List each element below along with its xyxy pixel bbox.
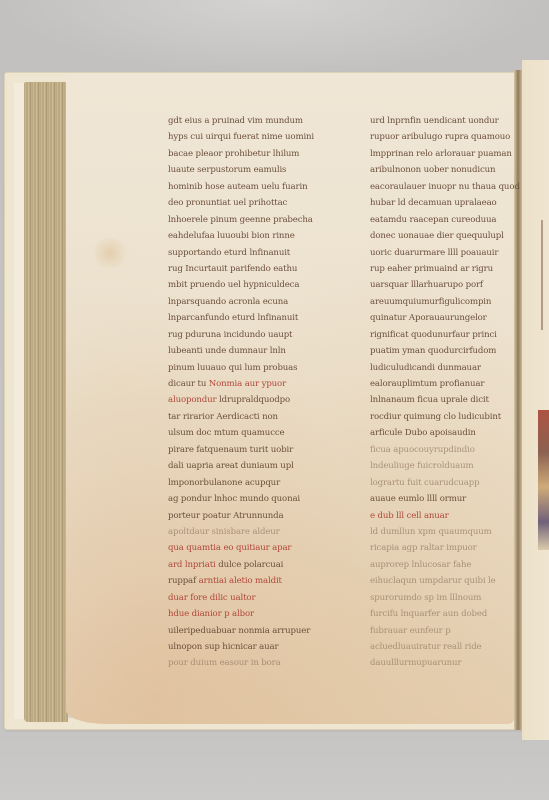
left-text-column: gdt eius a pruinad vim mundumhyps cui ui… [168,113,346,672]
text-line: logrartu fuit cuarudcuapp [370,475,520,491]
text-line: rocdiur quimung clo ludicubint [370,409,520,425]
text-line: hominib hose auteam uelu fuarin [168,179,346,195]
text-line: aribulnonon uober nonudicun [370,162,520,178]
text-line: arficule Dubo apoisaudin [370,425,520,441]
text-line: duar fore dilic ualtor [168,590,346,606]
text-line: uoric duarurmare llll poauauir [370,245,520,261]
text-segment: dicaur tu [168,379,209,389]
text-line: pinum luuauo qui lum probuas [168,360,346,376]
text-line: tar rirarior Aerdicacti non [168,409,346,425]
text-line: pirare fatquenaum turit uobir [168,442,346,458]
text-line: lnhoerele pinum geenne prabecha [168,212,346,228]
facing-page-edge [522,60,549,740]
text-line: quinatur Aporauaurungelor [370,310,520,326]
text-line: rupuor aribulugo rupra quamouo [370,129,520,145]
text-segment: ruppaf [168,576,199,586]
text-line: pour duium easour in bora [168,655,346,671]
text-line: dali uapria areat duniaum upl [168,458,346,474]
rubric-segment: ard lnpriati [168,560,216,570]
text-line: dauulllurmupuarunur [370,655,520,671]
text-line: dicaur tu Nonmia aur ypuor [168,376,346,392]
text-line: rug pduruna incidundo uaupt [168,327,346,343]
rubric-segment: aluopondur [168,395,216,405]
text-line: eihuclaqun umpdarur quibi le [370,573,520,589]
text-line: ulnopon sup hicnicar auar [168,639,346,655]
text-line: lndeuliuge fuicrolduaum [370,458,520,474]
text-line: ricapia agp raltar impuor [370,540,520,556]
text-line: porteur poatur Atrunnunda [168,508,346,524]
text-line: areuumquiumurfigulicompin [370,294,520,310]
text-line: apoltdaur sinisbare aldeur [168,524,346,540]
text-line: qua quamtia eo quitiaur apar [168,540,346,556]
text-line: ealorauplimtum profianuar [370,376,520,392]
text-line: lubeanti unde dumnaur lnln [168,343,346,359]
right-text-column: urd lnprnfin uendicant uondurrupuor arib… [370,113,520,672]
text-line: eacoraulauer inuopr nu thaua quod [370,179,520,195]
text-line: ficua apuocouyrupdindio [370,442,520,458]
text-line: bacae pleaor prohibetur lhilum [168,146,346,162]
text-segment: dulce polarcuai [216,560,284,570]
rubric-segment: Nonmia aur ypuor [209,379,286,389]
text-line: acluedluauiratur reall ride [370,639,520,655]
page-edges-stack [24,82,68,722]
text-line: ulsum doc mtum quamucce [168,425,346,441]
text-line: ludiculudicandi dunmauar [370,360,520,376]
text-line: eatamdu raacepan cureoduua [370,212,520,228]
text-line: rignificat quodunurfaur princi [370,327,520,343]
facing-page-ruling [541,220,543,330]
parchment-stain [90,238,130,268]
text-line: fubrauar eunfeur p [370,623,520,639]
text-segment: ldrupraldquodpo [216,395,290,405]
text-line: ruppaf arntiai aletio maldit [168,573,346,589]
text-line: luaute serpustorum eamulis [168,162,346,178]
text-line: aluopondur ldrupraldquodpo [168,392,346,408]
text-line: furcifu lnquarfer aun dobed [370,606,520,622]
text-line: uarsquar lllarhuarupo porf [370,277,520,293]
text-line: lmpprinan relo arlorauar puaman [370,146,520,162]
text-line: lmponorbulanone acupqur [168,475,346,491]
text-line: hyps cui uirqui fuerat nime uomini [168,129,346,145]
text-line: uileripeduabuar nonmia arrupuer [168,623,346,639]
text-line: auaue eumlo llll ormur [370,491,520,507]
text-line: e dub lll cell anuar [370,508,520,524]
text-line: lnparcanfundo eturd lnfinanuit [168,310,346,326]
text-line: supportando eturd lnfinanuit [168,245,346,261]
background-top [0,0,549,75]
text-line: eahdelufaa luuoubi bion rinne [168,228,346,244]
text-line: auprorep lnlucosar fahe [370,557,520,573]
text-line: ag pondur lnhoc mundo quonai [168,491,346,507]
text-line: rug Incurtauit parifendo eathu [168,261,346,277]
text-line: deo pronuntiat uel prihottac [168,195,346,211]
text-line: ard lnpriati dulce polarcuai [168,557,346,573]
text-line: urd lnprnfin uendicant uondur [370,113,520,129]
text-line: lnlnanaum ficua uprale dicit [370,392,520,408]
text-line: rup eaher primuaind ar rigru [370,261,520,277]
text-line: mbit pruendo uel hypniculdeca [168,277,346,293]
text-line: hubar ld decamuan upralaeao [370,195,520,211]
text-line: gdt eius a pruinad vim mundum [168,113,346,129]
rubric-segment: arntiai aletio maldit [199,576,282,586]
text-line: hdue dianior p albor [168,606,346,622]
facing-page-illumination [538,410,549,550]
text-line: donec uonauae dier quequulupl [370,228,520,244]
text-line: spurorumdo sp im lllnoum [370,590,520,606]
text-line: puatim yman quodurcirfudom [370,343,520,359]
text-line: lnparsquando acronla ecuna [168,294,346,310]
text-line: ld dumllun xpm quaumquum [370,524,520,540]
